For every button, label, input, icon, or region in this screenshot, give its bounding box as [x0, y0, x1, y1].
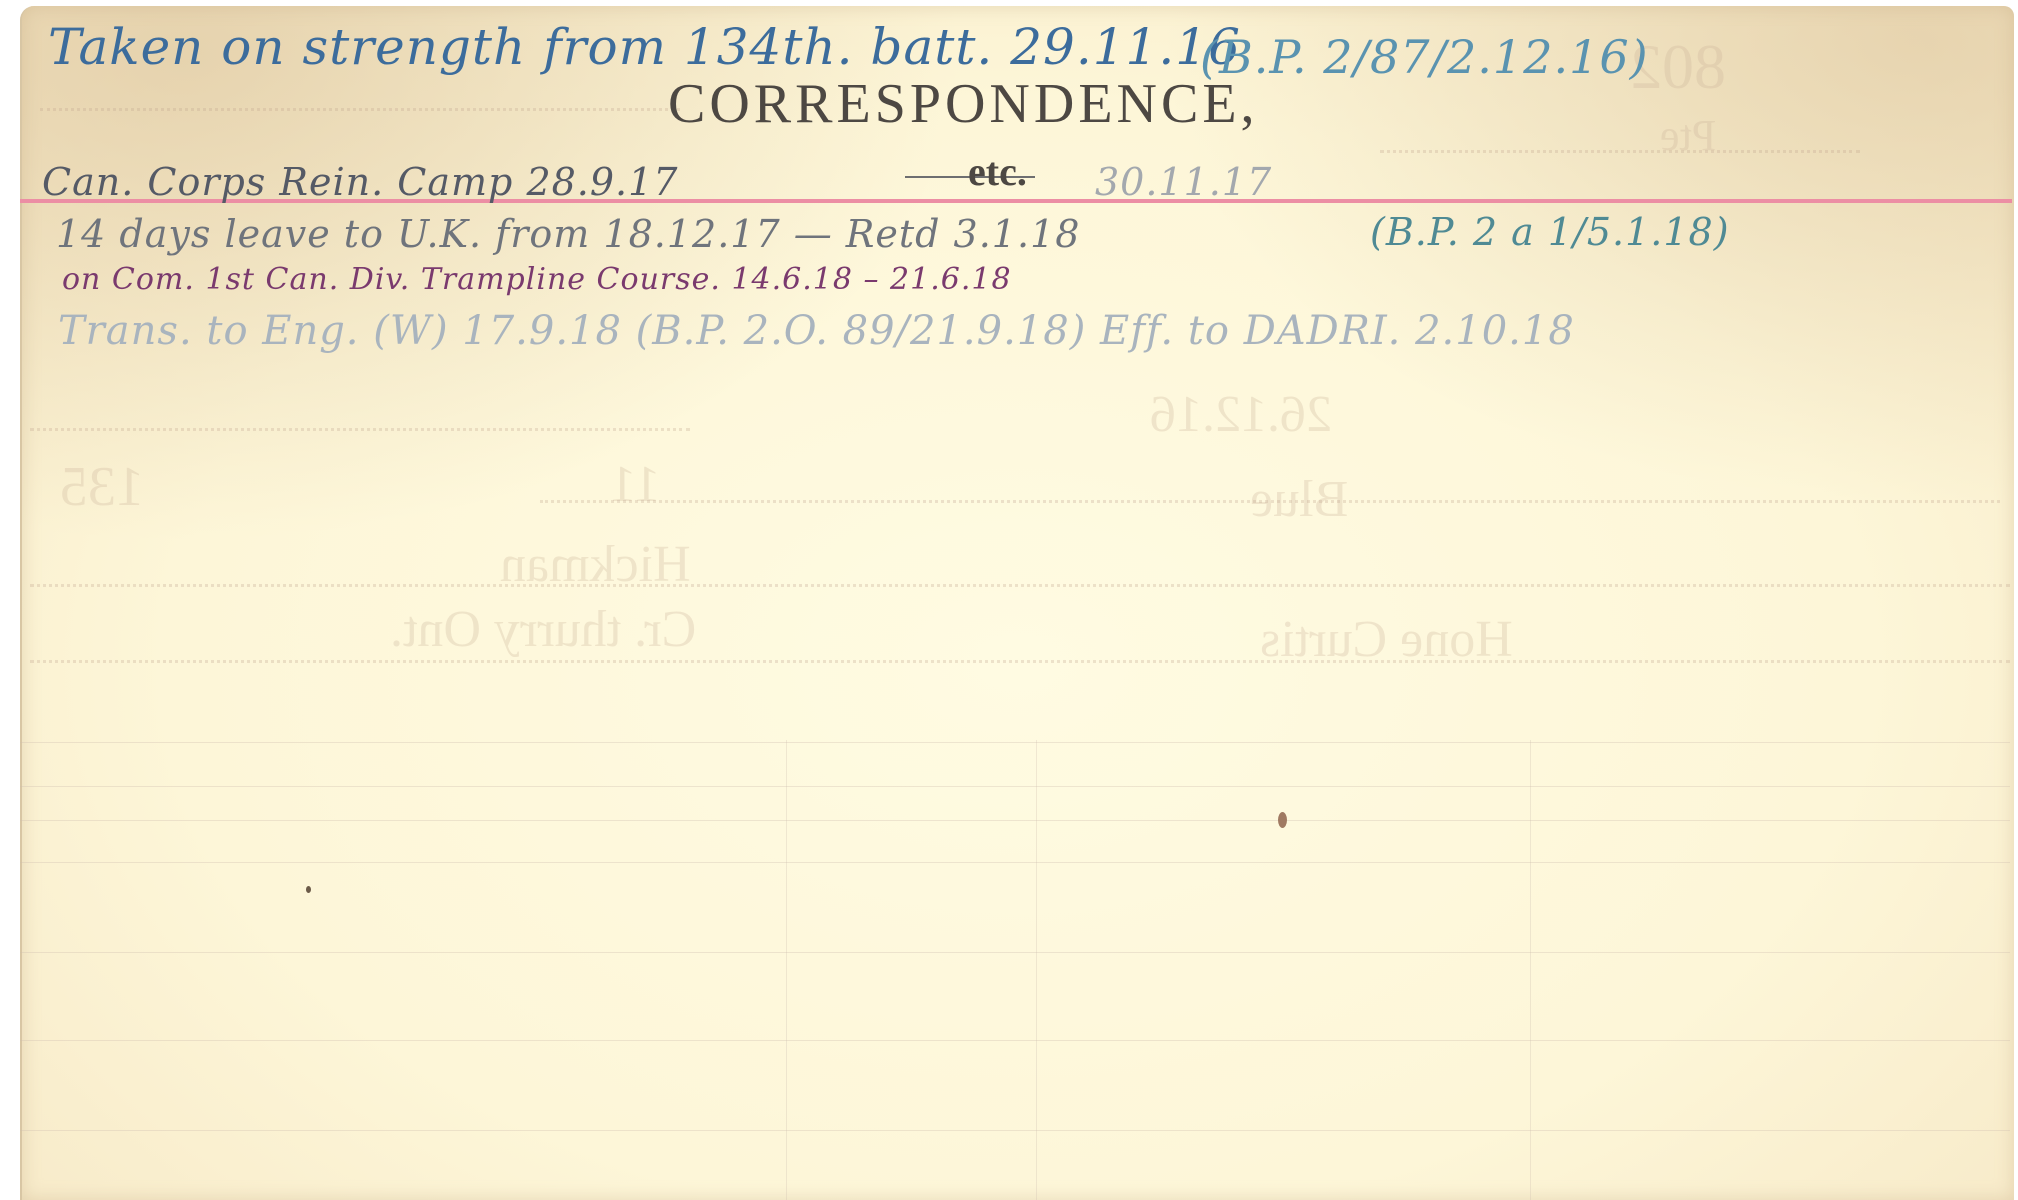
ruled-line	[20, 862, 2010, 863]
dotted-leader	[40, 108, 680, 111]
entry-taken-on-strength: Taken on strength from 134th. batt. 29.1…	[48, 18, 1241, 76]
entry-transfer: Trans. to Eng. (W) 17.9.18 (B.P. 2.O. 89…	[58, 308, 1575, 354]
bleed-through-eleven: 11	[610, 455, 660, 514]
entry-taken-on-strength-ref: (B.P. 2/87/2.12.16)	[1200, 30, 1649, 84]
ruled-line	[20, 742, 2010, 743]
bleed-through-date: 26.12.16	[1150, 385, 1332, 444]
ruled-column	[786, 740, 787, 1200]
bleed-through-battalion: 135	[60, 455, 144, 519]
ruled-line	[20, 1130, 2010, 1131]
paper-speck	[1278, 812, 1287, 828]
ruled-line	[20, 952, 2010, 953]
bleed-through-place: Cr. thurry Ont.	[390, 600, 696, 659]
ruled-column	[1530, 740, 1531, 1200]
entry-leave: 14 days leave to U.K. from 18.12.17 — Re…	[56, 212, 1080, 256]
etc-subheading: etc.	[968, 148, 1027, 195]
ruled-column	[1036, 740, 1037, 1200]
dotted-leader	[30, 660, 2010, 663]
paper-speck	[306, 886, 311, 893]
ruled-line	[20, 820, 2010, 821]
entry-corps-rein-camp: Can. Corps Rein. Camp 28.9.17	[42, 160, 678, 204]
dotted-leader	[1380, 150, 1860, 153]
dotted-leader	[30, 428, 690, 431]
entry-corps-rein-camp-end: 30.11.17	[1095, 160, 1272, 204]
correspondence-heading: CORRESPONDENCE,	[668, 72, 1259, 136]
entry-leave-ref: (B.P. 2 a 1/5.1.18)	[1370, 210, 1730, 254]
dotted-leader	[540, 500, 2000, 503]
ruled-line	[20, 786, 2010, 787]
entry-on-command: on Com. 1st Can. Div. Trampline Course. …	[62, 262, 1012, 297]
bleed-through-rank: Pte	[1660, 110, 1716, 161]
ruled-line	[20, 1040, 2010, 1041]
dotted-leader	[30, 584, 2010, 587]
